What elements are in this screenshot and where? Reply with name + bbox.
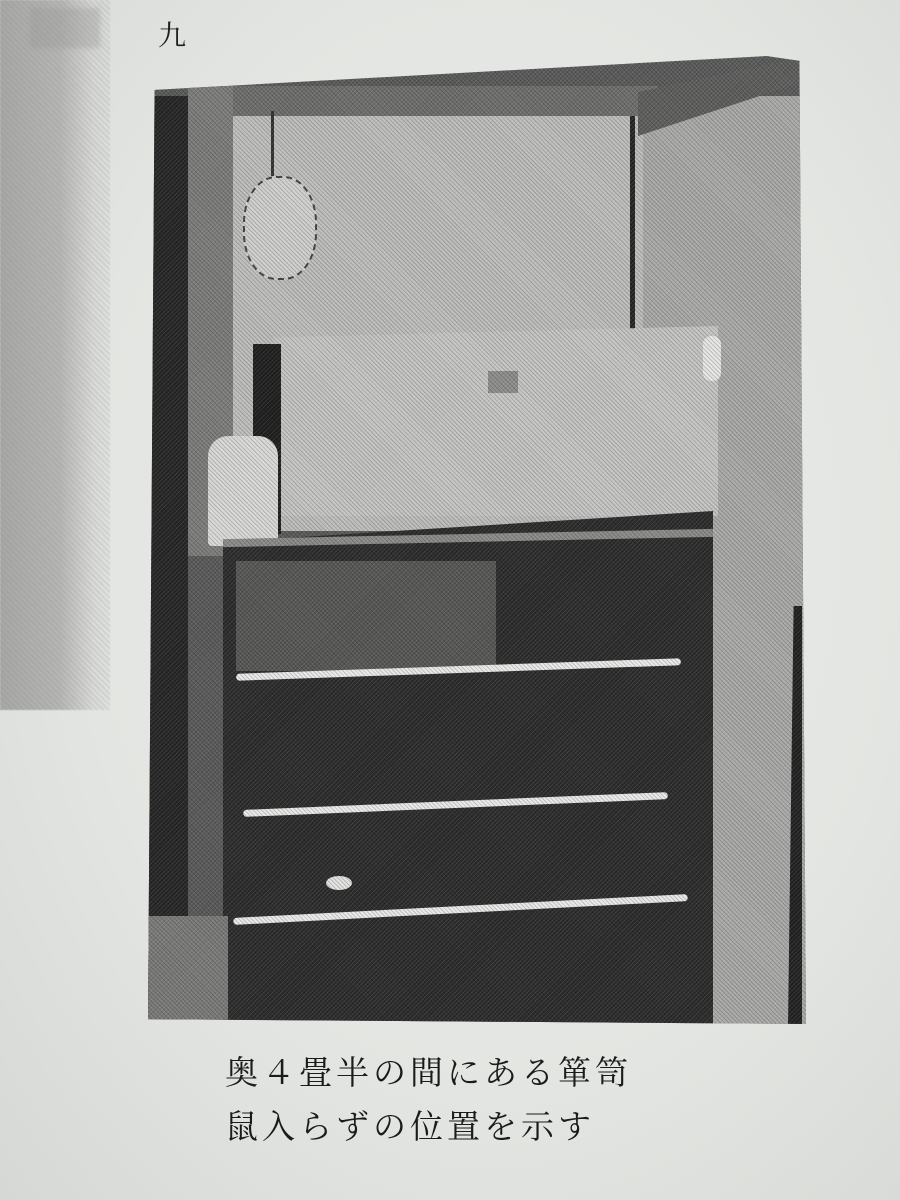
upper-cabinet bbox=[273, 326, 718, 516]
drawer-knob bbox=[326, 876, 352, 890]
floor bbox=[148, 916, 228, 1024]
cabinet-knob bbox=[703, 336, 721, 381]
hanging-pole bbox=[630, 116, 635, 356]
hanging-ornament bbox=[243, 176, 317, 280]
bottles bbox=[208, 436, 278, 546]
show-through-character bbox=[30, 8, 100, 48]
photo-caption: 奥４畳半の間にある箪笥 鼠入らずの位置を示す bbox=[225, 1046, 745, 1154]
show-through-bleed bbox=[0, 0, 110, 710]
caption-line: 鼠入らずの位置を示す bbox=[225, 1100, 745, 1154]
left-doorframe bbox=[148, 96, 188, 1024]
open-drawer bbox=[236, 561, 496, 671]
caption-line: 奥４畳半の間にある箪笥 bbox=[225, 1046, 745, 1100]
book-page: 九 奥４畳半の間にある箪笥 鼠入らずの位置を示す bbox=[0, 0, 900, 1200]
halftone-photograph bbox=[148, 56, 806, 1024]
cabinet-handle bbox=[488, 371, 518, 393]
hanging-cord bbox=[271, 111, 274, 176]
ceiling-beam bbox=[188, 86, 658, 116]
page-number: 九 bbox=[158, 14, 186, 54]
